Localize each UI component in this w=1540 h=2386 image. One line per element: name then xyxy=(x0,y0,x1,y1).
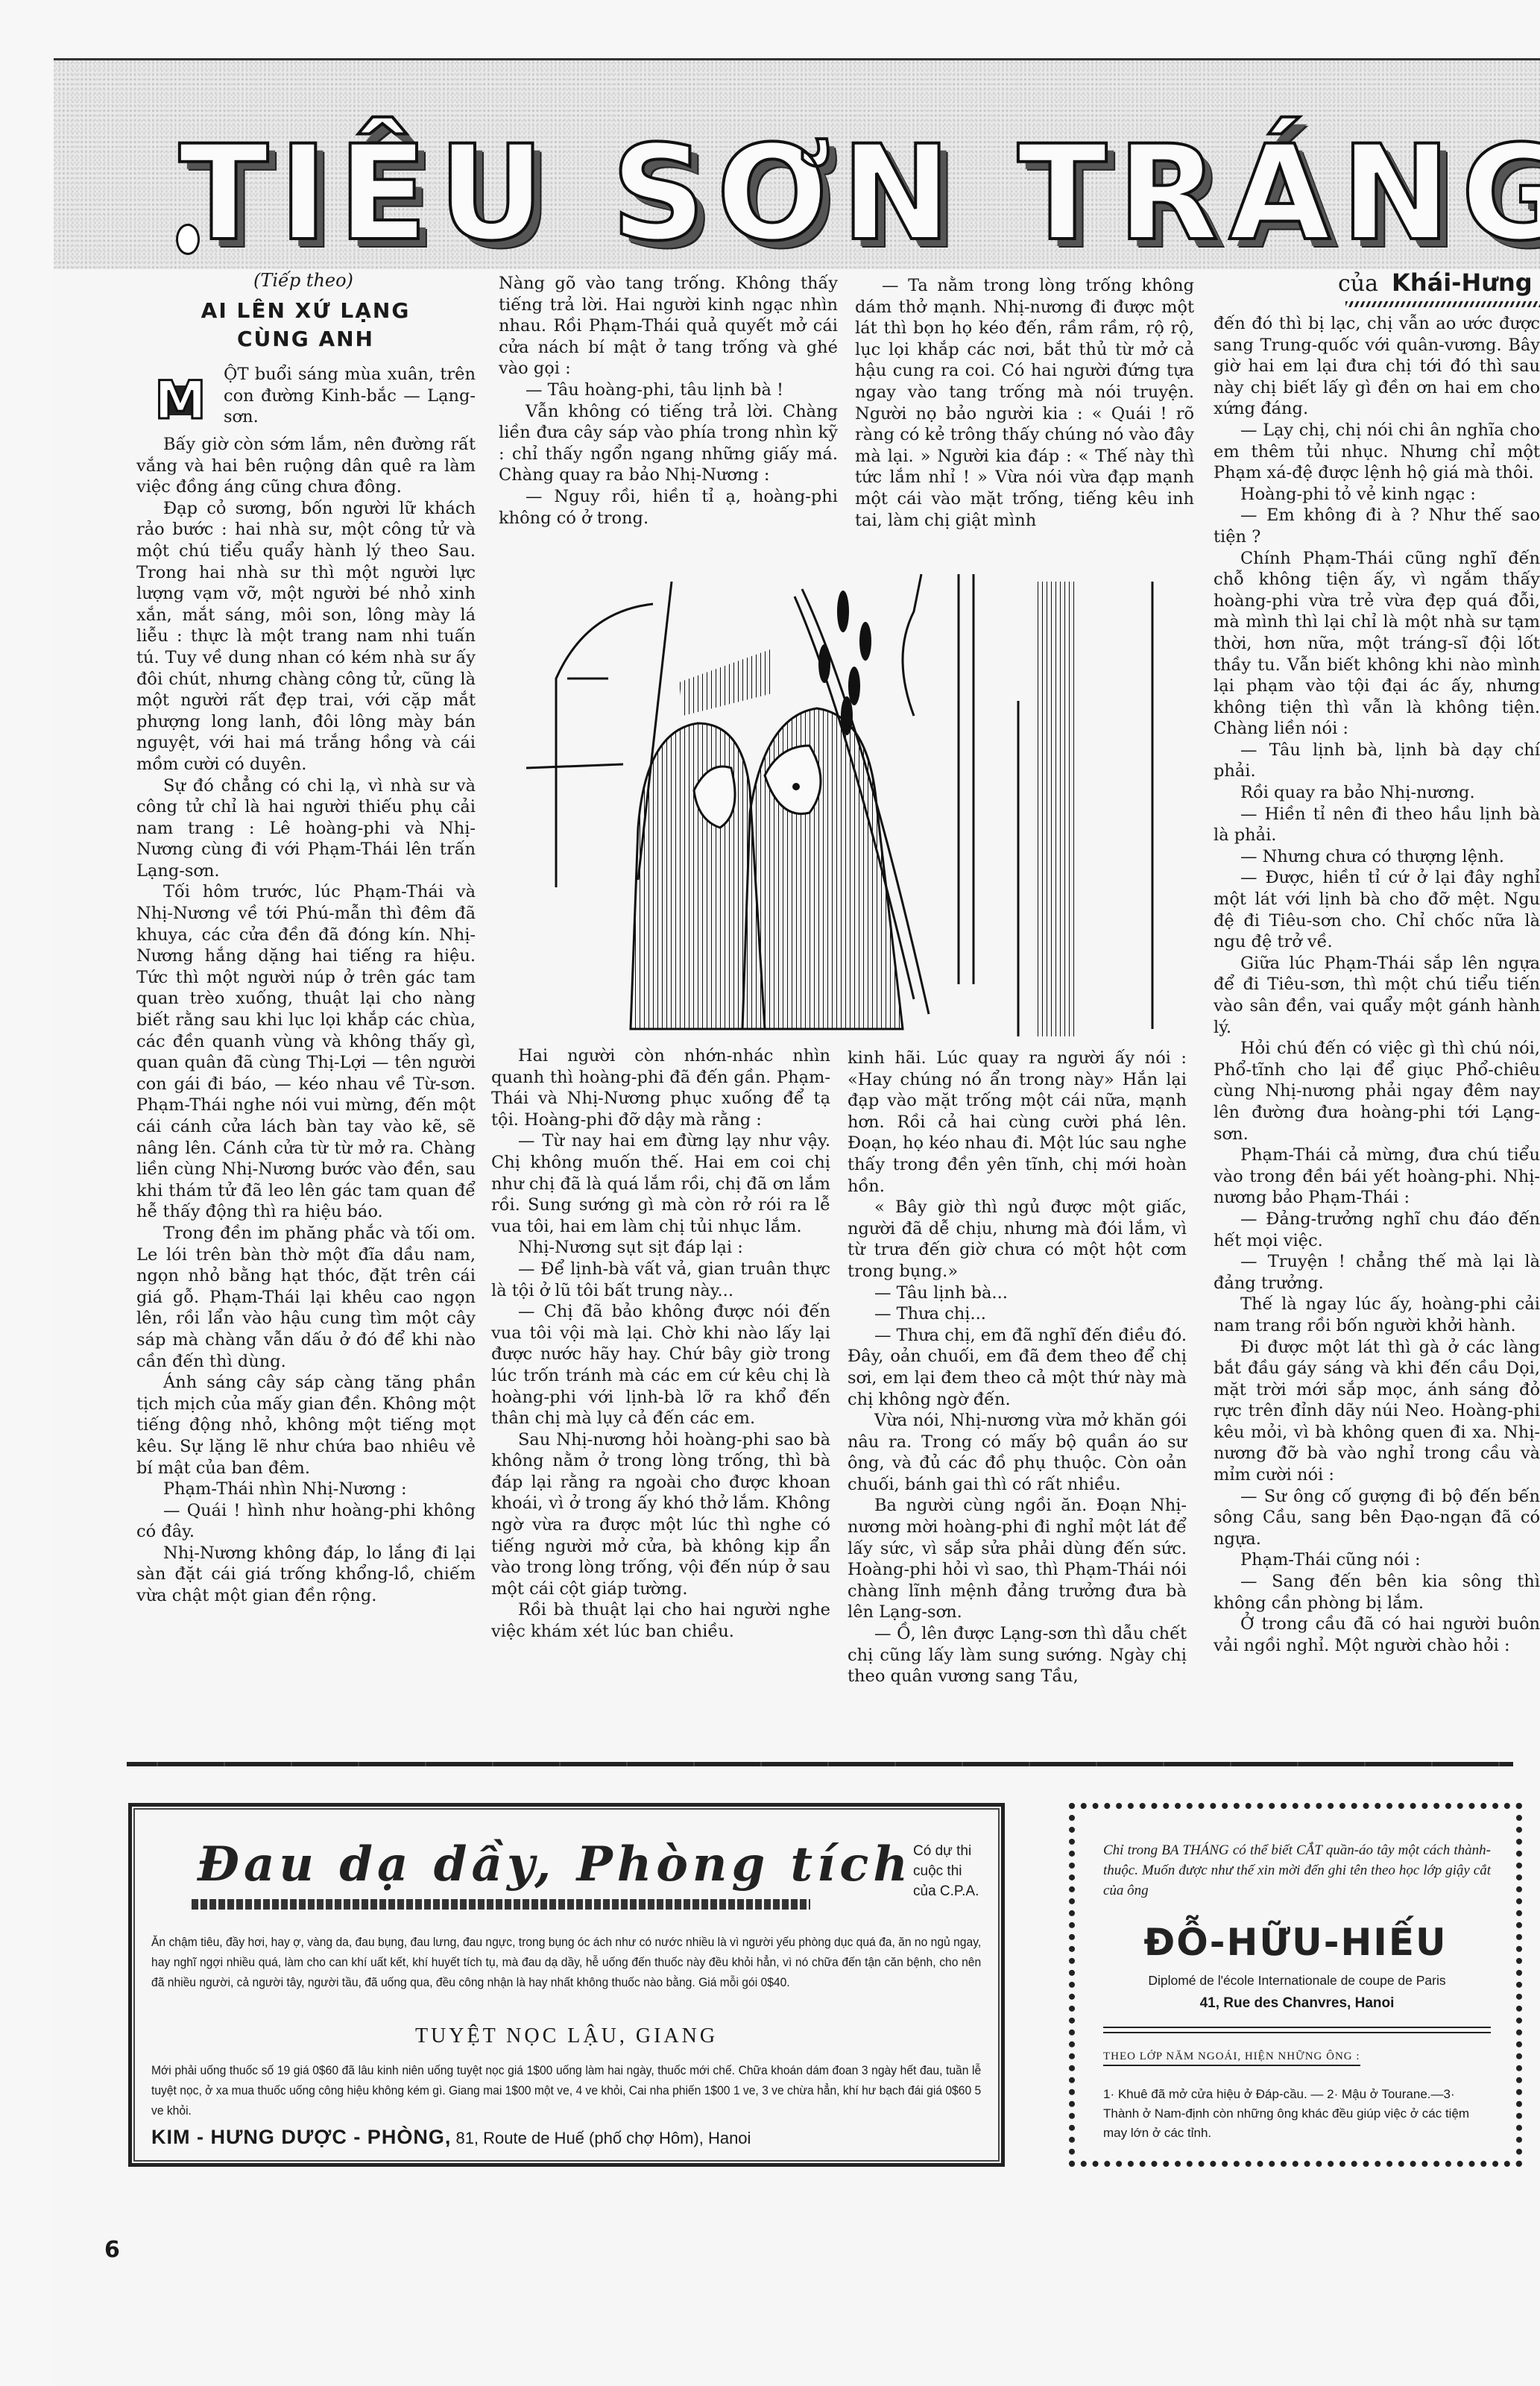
paragraph: « Bây giờ thì ngủ được một giấc, người đ… xyxy=(848,1197,1187,1282)
paragraph: — Sư ông cố gượng đi bộ đến bến sông Cầu… xyxy=(1214,1486,1540,1550)
paragraph: — Nhưng chưa có thượng lệnh. xyxy=(1214,846,1540,868)
section-divider xyxy=(127,1762,1513,1766)
page-title: TIÊU SƠN TRÁNG SĨ. xyxy=(179,123,1521,265)
paragraph: kinh hãi. Lúc quay ra người ấy nói : «Ha… xyxy=(848,1048,1187,1197)
paragraph: — Thưa chị... xyxy=(848,1303,1187,1325)
paragraph: — Quái ! hình như hoàng-phi không có đây… xyxy=(136,1500,476,1543)
ad-side-note: Có dự thi cuộc thi của C.P.A. xyxy=(913,1841,979,1901)
paragraph: — Lạy chị, chị nói chi ân nghĩa cho em t… xyxy=(1214,420,1540,484)
paragraph: Bấy giờ còn sớm lắm, nên đường rất vắng … xyxy=(136,434,476,498)
ad-ornament-rule xyxy=(192,1899,810,1910)
ad-intro: Chỉ trong BA THÁNG có thể biết CẮT quần-… xyxy=(1103,1840,1491,1901)
pharmacy-advertisement: Đau dạ dầy, Phòng tích Có dự thi cuộc th… xyxy=(128,1803,1005,2167)
drop-cap: M xyxy=(148,373,213,428)
paragraph: — Đảng-trưởng nghĩ chu đáo đến hết mọi v… xyxy=(1214,1209,1540,1251)
ad-headline: Đau dạ dầy, Phòng tích xyxy=(198,1836,912,1892)
chapter-title: AI LÊN XỨ LẠNG CÙNG ANH xyxy=(134,297,477,353)
paragraph: Giữa lúc Phạm-Thái sắp lên ngựa để đi Ti… xyxy=(1214,953,1540,1038)
pharmacy-name: KIM - HƯNG DƯỢC - PHÒNG, xyxy=(151,2126,451,2148)
paragraph: — Để lịnh-bà vất vả, gian truân thực là … xyxy=(491,1259,830,1301)
paragraph: Sau Nhị-nương hỏi hoàng-phi sao bà không… xyxy=(491,1429,830,1600)
paragraph: Hoàng-phi tỏ vẻ kinh ngạc : xyxy=(1214,484,1540,506)
chapter-title-line1: AI LÊN XỨ LẠNG xyxy=(134,297,477,325)
paragraph: — Em không đi à ? Như thế sao tiện ? xyxy=(1214,505,1540,547)
paragraph: — Chị đã bảo không được nói đến vua tôi … xyxy=(491,1301,830,1429)
ad-body-secondary: Mới phải uống thuốc số 19 giá 0$60 đã lâ… xyxy=(151,2060,981,2121)
paragraph: Nàng gõ vào tang trống. Không thấy tiếng… xyxy=(499,273,838,380)
paragraph: — Hiền tỉ nên đi theo hầu lịnh bà là phả… xyxy=(1214,804,1540,846)
ad-subheading: TUYỆT NỌC LẬU, GIANG xyxy=(132,2024,1001,2048)
tailor-diploma: Diplomé de l'école Internationale de cou… xyxy=(1103,1973,1491,1989)
article-column-2-top: Nàng gõ vào tang trống. Không thấy tiếng… xyxy=(499,273,838,529)
paragraph: — Tâu hoàng-phi, tâu lịnh bà ! xyxy=(499,380,838,401)
side-note-line: của C.P.A. xyxy=(913,1881,979,1901)
paragraph: Vẫn không có tiếng trả lời. Chàng liền đ… xyxy=(499,401,838,486)
chapter-title-line2: CÙNG ANH xyxy=(134,325,477,353)
double-rule xyxy=(1103,2027,1491,2033)
paragraph: Chính Phạm-Thái cũng nghĩ đến chỗ không … xyxy=(1214,548,1540,740)
paragraph: Rồi bà thuật lại cho hai người nghe việc… xyxy=(491,1599,830,1642)
author-name: Khái-Hưng xyxy=(1392,268,1533,297)
continued-label: (Tiếp theo) xyxy=(253,270,353,291)
byline-rule xyxy=(1345,301,1540,307)
article-column-2-bottom: Hai người còn nhớn-nhác nhìn quanh thì h… xyxy=(491,1045,830,1643)
paragraph: Tối hôm trước, lúc Phạm-Thái và Nhị-Nươn… xyxy=(136,881,476,1223)
paragraph: đến đó thì bị lạc, chị vẫn ao ước được s… xyxy=(1214,313,1540,420)
article-column-4: đến đó thì bị lạc, chị vẫn ao ước được s… xyxy=(1214,313,1540,1656)
paragraph: — Từ nay hai em đừng lạy như vậy. Chị kh… xyxy=(491,1130,830,1237)
ad-footer: KIM - HƯNG DƯỢC - PHÒNG, 81, Route de Hu… xyxy=(151,2126,994,2149)
paragraph: — Nguy rồi, hiền tỉ ạ, hoàng-phi không c… xyxy=(499,486,838,529)
paragraph: Trong đền im phăng phắc và tối om. Le ló… xyxy=(136,1223,476,1372)
paragraph: Đạp cỏ sương, bốn người lữ khách rảo bướ… xyxy=(136,498,476,775)
paragraph: — Sang đến bên kia sông thì không cần ph… xyxy=(1214,1571,1540,1614)
paragraph: Thế là ngay lúc ấy, hoàng-phi cải nam tr… xyxy=(1214,1294,1540,1336)
byline-prefix: của xyxy=(1338,271,1378,297)
paragraph: — Ta nằm trong lòng trống không dám thở … xyxy=(855,275,1194,531)
tailor-address: 41, Rue des Chanvres, Hanoi xyxy=(1103,1995,1491,2012)
paragraph: Hai người còn nhớn-nhác nhìn quanh thì h… xyxy=(491,1045,830,1130)
opening-paragraph: ỘT buổi sáng mùa xuân, trên con đường Ki… xyxy=(224,364,476,428)
article-column-3-bottom: kinh hãi. Lúc quay ra người ấy nói : «Ha… xyxy=(848,1048,1187,1687)
paragraph: — Tâu lịnh bà... xyxy=(848,1282,1187,1304)
article-column-1: Bấy giờ còn sớm lắm, nên đường rất vắng … xyxy=(136,434,476,1607)
alumni-heading: THEO LỚP NĂM NGOÁI, HIỆN NHỮNG ÔNG : xyxy=(1103,2050,1360,2066)
paragraph: — Được, hiền tỉ cứ ở lại đây nghỉ một lá… xyxy=(1214,867,1540,952)
ad-body: Ăn chậm tiêu, đầy hơi, hay ợ, vàng da, đ… xyxy=(151,1932,981,1992)
article-column-3-top: — Ta nằm trong lòng trống không dám thở … xyxy=(855,275,1194,531)
paragraph: — Truyện ! chẳng thế mà lại là đảng trưở… xyxy=(1214,1251,1540,1294)
paragraph: Đi được một lát thì gà ở các làng bắt đầ… xyxy=(1214,1337,1540,1486)
paragraph: Rồi quay ra bảo Nhị-nương. xyxy=(1214,782,1540,804)
side-note-line: Có dự thi xyxy=(913,1841,979,1861)
tailor-name: ĐỖ-HỮU-HIẾU xyxy=(1075,1921,1516,1964)
tailor-advertisement: Chỉ trong BA THÁNG có thể biết CẮT quần-… xyxy=(1069,1803,1522,2167)
paragraph: Nhị-Nương không đáp, lo lắng đi lại sàn … xyxy=(136,1543,476,1607)
paragraph: Nhị-Nương sụt sịt đáp lại : xyxy=(491,1237,830,1259)
paragraph: Sự đó chẳng có chi lạ, vì nhà sư và công… xyxy=(136,775,476,882)
paragraph: Phạm-Thái cũng nói : xyxy=(1214,1549,1540,1571)
paragraph: Phạm-Thái cả mừng, đưa chú tiểu vào tron… xyxy=(1214,1145,1540,1209)
pharmacy-address: 81, Route de Huế (phố chợ Hôm), Hanoi xyxy=(455,2129,751,2147)
paragraph: Hỏi chú đến có việc gì thì chú nói, Phổ-… xyxy=(1214,1038,1540,1145)
paragraph: Vừa nói, Nhị-nương vừa mở khăn gói nâu r… xyxy=(848,1410,1187,1495)
page-number: 6 xyxy=(104,2237,120,2263)
paragraph: — Ồ, lên được Lạng-sơn thì dẫu chết chị … xyxy=(848,1623,1187,1687)
paragraph: — Thưa chị, em đã nghĩ đến điều đó. Đây,… xyxy=(848,1325,1187,1410)
paragraph: Phạm-Thái nhìn Nhị-Nương : xyxy=(136,1479,476,1500)
side-note-line: cuộc thi xyxy=(913,1861,979,1881)
paragraph: Ba người cùng ngồi ăn. Đoạn Nhị-nương mờ… xyxy=(848,1495,1187,1623)
paragraph: Ở trong cầu đã có hai người buôn vải ngồ… xyxy=(1214,1614,1540,1656)
paragraph: — Tâu lịnh bà, lịnh bà dạy chí phải. xyxy=(1214,740,1540,782)
paragraph: Ánh sáng cây sáp càng tăng phần tịch mịc… xyxy=(136,1372,476,1479)
story-illustration xyxy=(496,567,1178,1036)
alumni-list: 1· Khuê đã mở cửa hiệu ở Đáp-cầu. — 2· M… xyxy=(1103,2085,1491,2143)
byline: củaKhái-Hưng xyxy=(1338,268,1533,297)
